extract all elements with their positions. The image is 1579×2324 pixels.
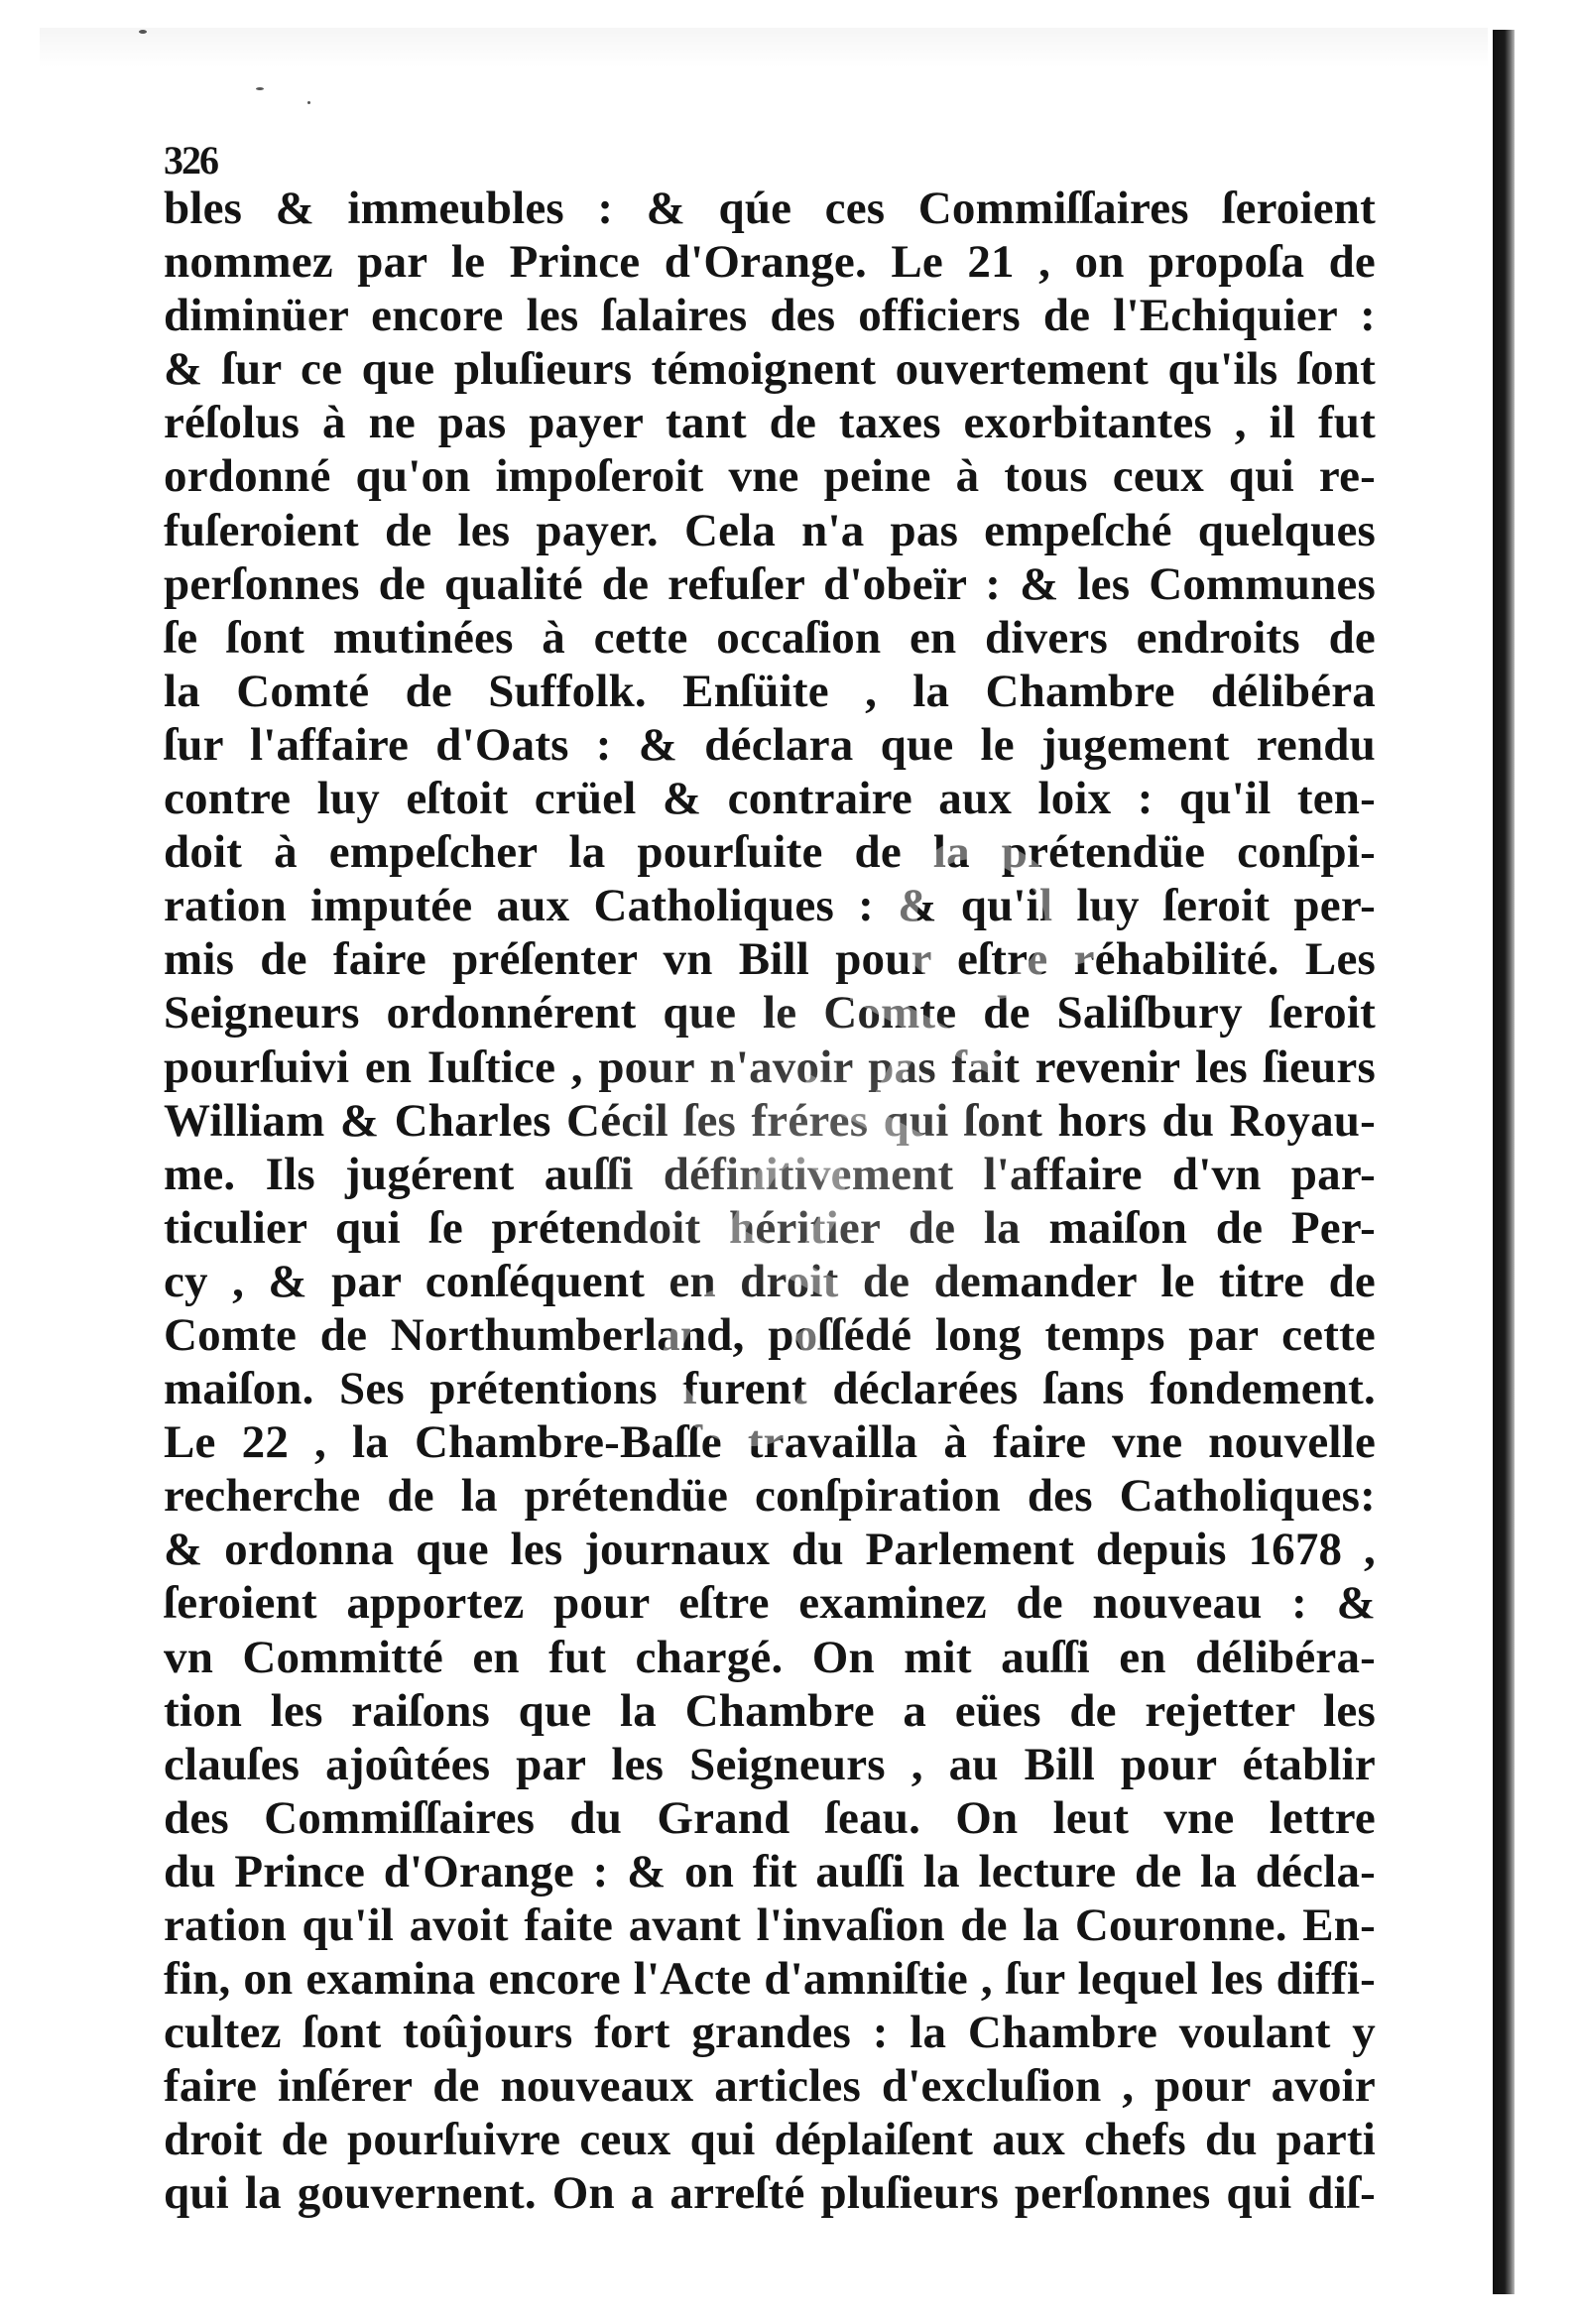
text-line: clauſes ajoûtées par les Seigneurs , au … [164, 1738, 1376, 1791]
text-line: doit à empeſcher la pourſuite de la prét… [164, 825, 1376, 879]
body-text: bles & immeubles : & qúe ces Commiſſaire… [164, 182, 1376, 2221]
text-line-content: bles & immeubles : & qúe ces Commiſſaire… [164, 182, 1376, 235]
page-number: 326 [164, 141, 217, 181]
text-line: ſur l'affaire d'Oats : & déclara que le … [164, 718, 1376, 772]
text-line: ticulier qui ſe prétendoit héritier de l… [164, 1201, 1376, 1255]
text-line: bles & immeubles : & qúe ces Commiſſaire… [164, 182, 1376, 235]
text-line: ration qu'il avoit faite avant l'invaſio… [164, 1898, 1376, 1952]
text-line: fin, on examina encore l'Acte d'amniſtie… [164, 1952, 1376, 2006]
text-line-content: doit à empeſcher la pourſuite de la prét… [164, 825, 1376, 879]
text-line-content: perſonnes de qualité de refuſer d'obeïr … [164, 557, 1376, 611]
text-line-content: pourſuivi en Iuſtice , pour n'avoir pas … [164, 1040, 1376, 1094]
text-line-content: ſur l'affaire d'Oats : & déclara que le … [164, 718, 1376, 772]
scan-speck [307, 101, 310, 104]
text-line-content: ration imputée aux Catholiques : & qu'il… [164, 879, 1376, 932]
text-line: du Prince d'Orange : & on fit auſſi la l… [164, 1845, 1376, 1898]
text-line-content: qui la gouvernent. On a arreſté pluſieur… [164, 2166, 1376, 2220]
text-line-content: cy , & par conſéquent en droit de demand… [164, 1255, 1376, 1308]
text-line: Le 22 , la Chambre-Baſſe travailla à fai… [164, 1415, 1376, 1469]
text-line-content: Seigneurs ordonnérent que le Comte de Sa… [164, 986, 1376, 1040]
text-line: qui la gouvernent. On a arreſté pluſieur… [164, 2166, 1376, 2220]
text-line-content: me. Ils jugérent auſſi définitivement l'… [164, 1148, 1376, 1201]
text-line-content: William & Charles Cécil ſes fréres qui ſ… [164, 1094, 1376, 1148]
text-line: pourſuivi en Iuſtice , pour n'avoir pas … [164, 1040, 1376, 1094]
text-line-content: faire inſérer de nouveaux articles d'exc… [164, 2059, 1376, 2113]
text-line: ſe ſont mutinées à cette occaſion en div… [164, 611, 1376, 665]
text-line: & ordonna que les journaux du Parlement … [164, 1523, 1376, 1576]
text-line-content: fuſeroient de les payer. Cela n'a pas em… [164, 504, 1376, 557]
text-line: me. Ils jugérent auſſi définitivement l'… [164, 1148, 1376, 1201]
text-line: ſeroient apportez pour eſtre examinez de… [164, 1576, 1376, 1630]
text-line-content: droit de pourſuivre ceux qui déplaiſent … [164, 2113, 1376, 2166]
text-line-content: ſeroient apportez pour eſtre examinez de… [164, 1576, 1376, 1630]
text-line: recherche de la prétendüe conſpiration d… [164, 1469, 1376, 1523]
text-line: des Commiſſaires du Grand ſeau. On leut … [164, 1791, 1376, 1845]
text-line: Comte de Northumberland, poſſédé long te… [164, 1308, 1376, 1362]
text-line: droit de pourſuivre ceux qui déplaiſent … [164, 2113, 1376, 2166]
text-line-content: diminüer encore les ſalaires des officie… [164, 289, 1376, 342]
text-line-content: Le 22 , la Chambre-Baſſe travailla à fai… [164, 1415, 1376, 1469]
text-line: tion les raiſons que la Chambre a eües d… [164, 1684, 1376, 1738]
text-line: contre luy eſtoit crüel & contraire aux … [164, 772, 1376, 825]
text-line: diminüer encore les ſalaires des officie… [164, 289, 1376, 342]
text-line-content: réſolus à ne pas payer tant de taxes exo… [164, 396, 1376, 449]
text-line-content: la Comté de Suffolk. Enſüite , la Chambr… [164, 665, 1376, 718]
text-line-content: clauſes ajoûtées par les Seigneurs , au … [164, 1738, 1376, 1791]
text-line-content: cultez ſont toûjours fort grandes : la C… [164, 2006, 1376, 2059]
text-line-content: du Prince d'Orange : & on fit auſſi la l… [164, 1845, 1376, 1898]
scan-noise-top [40, 28, 1488, 67]
text-line: réſolus à ne pas payer tant de taxes exo… [164, 396, 1376, 449]
text-line-content: ordonné qu'on impoſeroit vne peine à tou… [164, 449, 1376, 503]
text-line-content: & ſur ce que pluſieurs témoignent ouvert… [164, 342, 1376, 396]
text-line: William & Charles Cécil ſes fréres qui ſ… [164, 1094, 1376, 1148]
text-line-content: & ordonna que les journaux du Parlement … [164, 1523, 1376, 1576]
text-line-content: recherche de la prétendüe conſpiration d… [164, 1469, 1376, 1523]
text-line-content: Comte de Northumberland, poſſédé long te… [164, 1308, 1376, 1362]
text-line: la Comté de Suffolk. Enſüite , la Chambr… [164, 665, 1376, 718]
text-line: perſonnes de qualité de refuſer d'obeïr … [164, 557, 1376, 611]
text-line-content: fin, on examina encore l'Acte d'amniſtie… [164, 1952, 1376, 2006]
text-line-content: vn Committé en fut chargé. On mit auſſi … [164, 1631, 1376, 1684]
scan-speck [256, 87, 264, 90]
text-line: Seigneurs ordonnérent que le Comte de Sa… [164, 986, 1376, 1040]
text-line-content: ſe ſont mutinées à cette occaſion en div… [164, 611, 1376, 665]
text-line-content: nommez par le Prince d'Orange. Le 21 , o… [164, 235, 1376, 289]
text-line-content: ticulier qui ſe prétendoit héritier de l… [164, 1201, 1376, 1255]
text-line-content: des Commiſſaires du Grand ſeau. On leut … [164, 1791, 1376, 1845]
text-line-content: contre luy eſtoit crüel & contraire aux … [164, 772, 1376, 825]
text-line-content: ration qu'il avoit faite avant l'invaſio… [164, 1898, 1376, 1952]
text-line-content: maiſon. Ses prétentions furent déclarées… [164, 1362, 1376, 1415]
text-line: cultez ſont toûjours fort grandes : la C… [164, 2006, 1376, 2059]
binding-edge [1493, 30, 1515, 2294]
text-line: ordonné qu'on impoſeroit vne peine à tou… [164, 449, 1376, 503]
text-line: & ſur ce que pluſieurs témoignent ouvert… [164, 342, 1376, 396]
text-line: ration imputée aux Catholiques : & qu'il… [164, 879, 1376, 932]
text-line: fuſeroient de les payer. Cela n'a pas em… [164, 504, 1376, 557]
text-line: faire inſérer de nouveaux articles d'exc… [164, 2059, 1376, 2113]
text-line: maiſon. Ses prétentions furent déclarées… [164, 1362, 1376, 1415]
text-line-content: tion les raiſons que la Chambre a eües d… [164, 1684, 1376, 1738]
text-line: nommez par le Prince d'Orange. Le 21 , o… [164, 235, 1376, 289]
text-line: mis de faire préſenter vn Bill pour eſtr… [164, 932, 1376, 986]
scan-speck [139, 30, 147, 34]
text-line-content: mis de faire préſenter vn Bill pour eſtr… [164, 932, 1376, 986]
text-line: cy , & par conſéquent en droit de demand… [164, 1255, 1376, 1308]
text-line: vn Committé en fut chargé. On mit auſſi … [164, 1631, 1376, 1684]
